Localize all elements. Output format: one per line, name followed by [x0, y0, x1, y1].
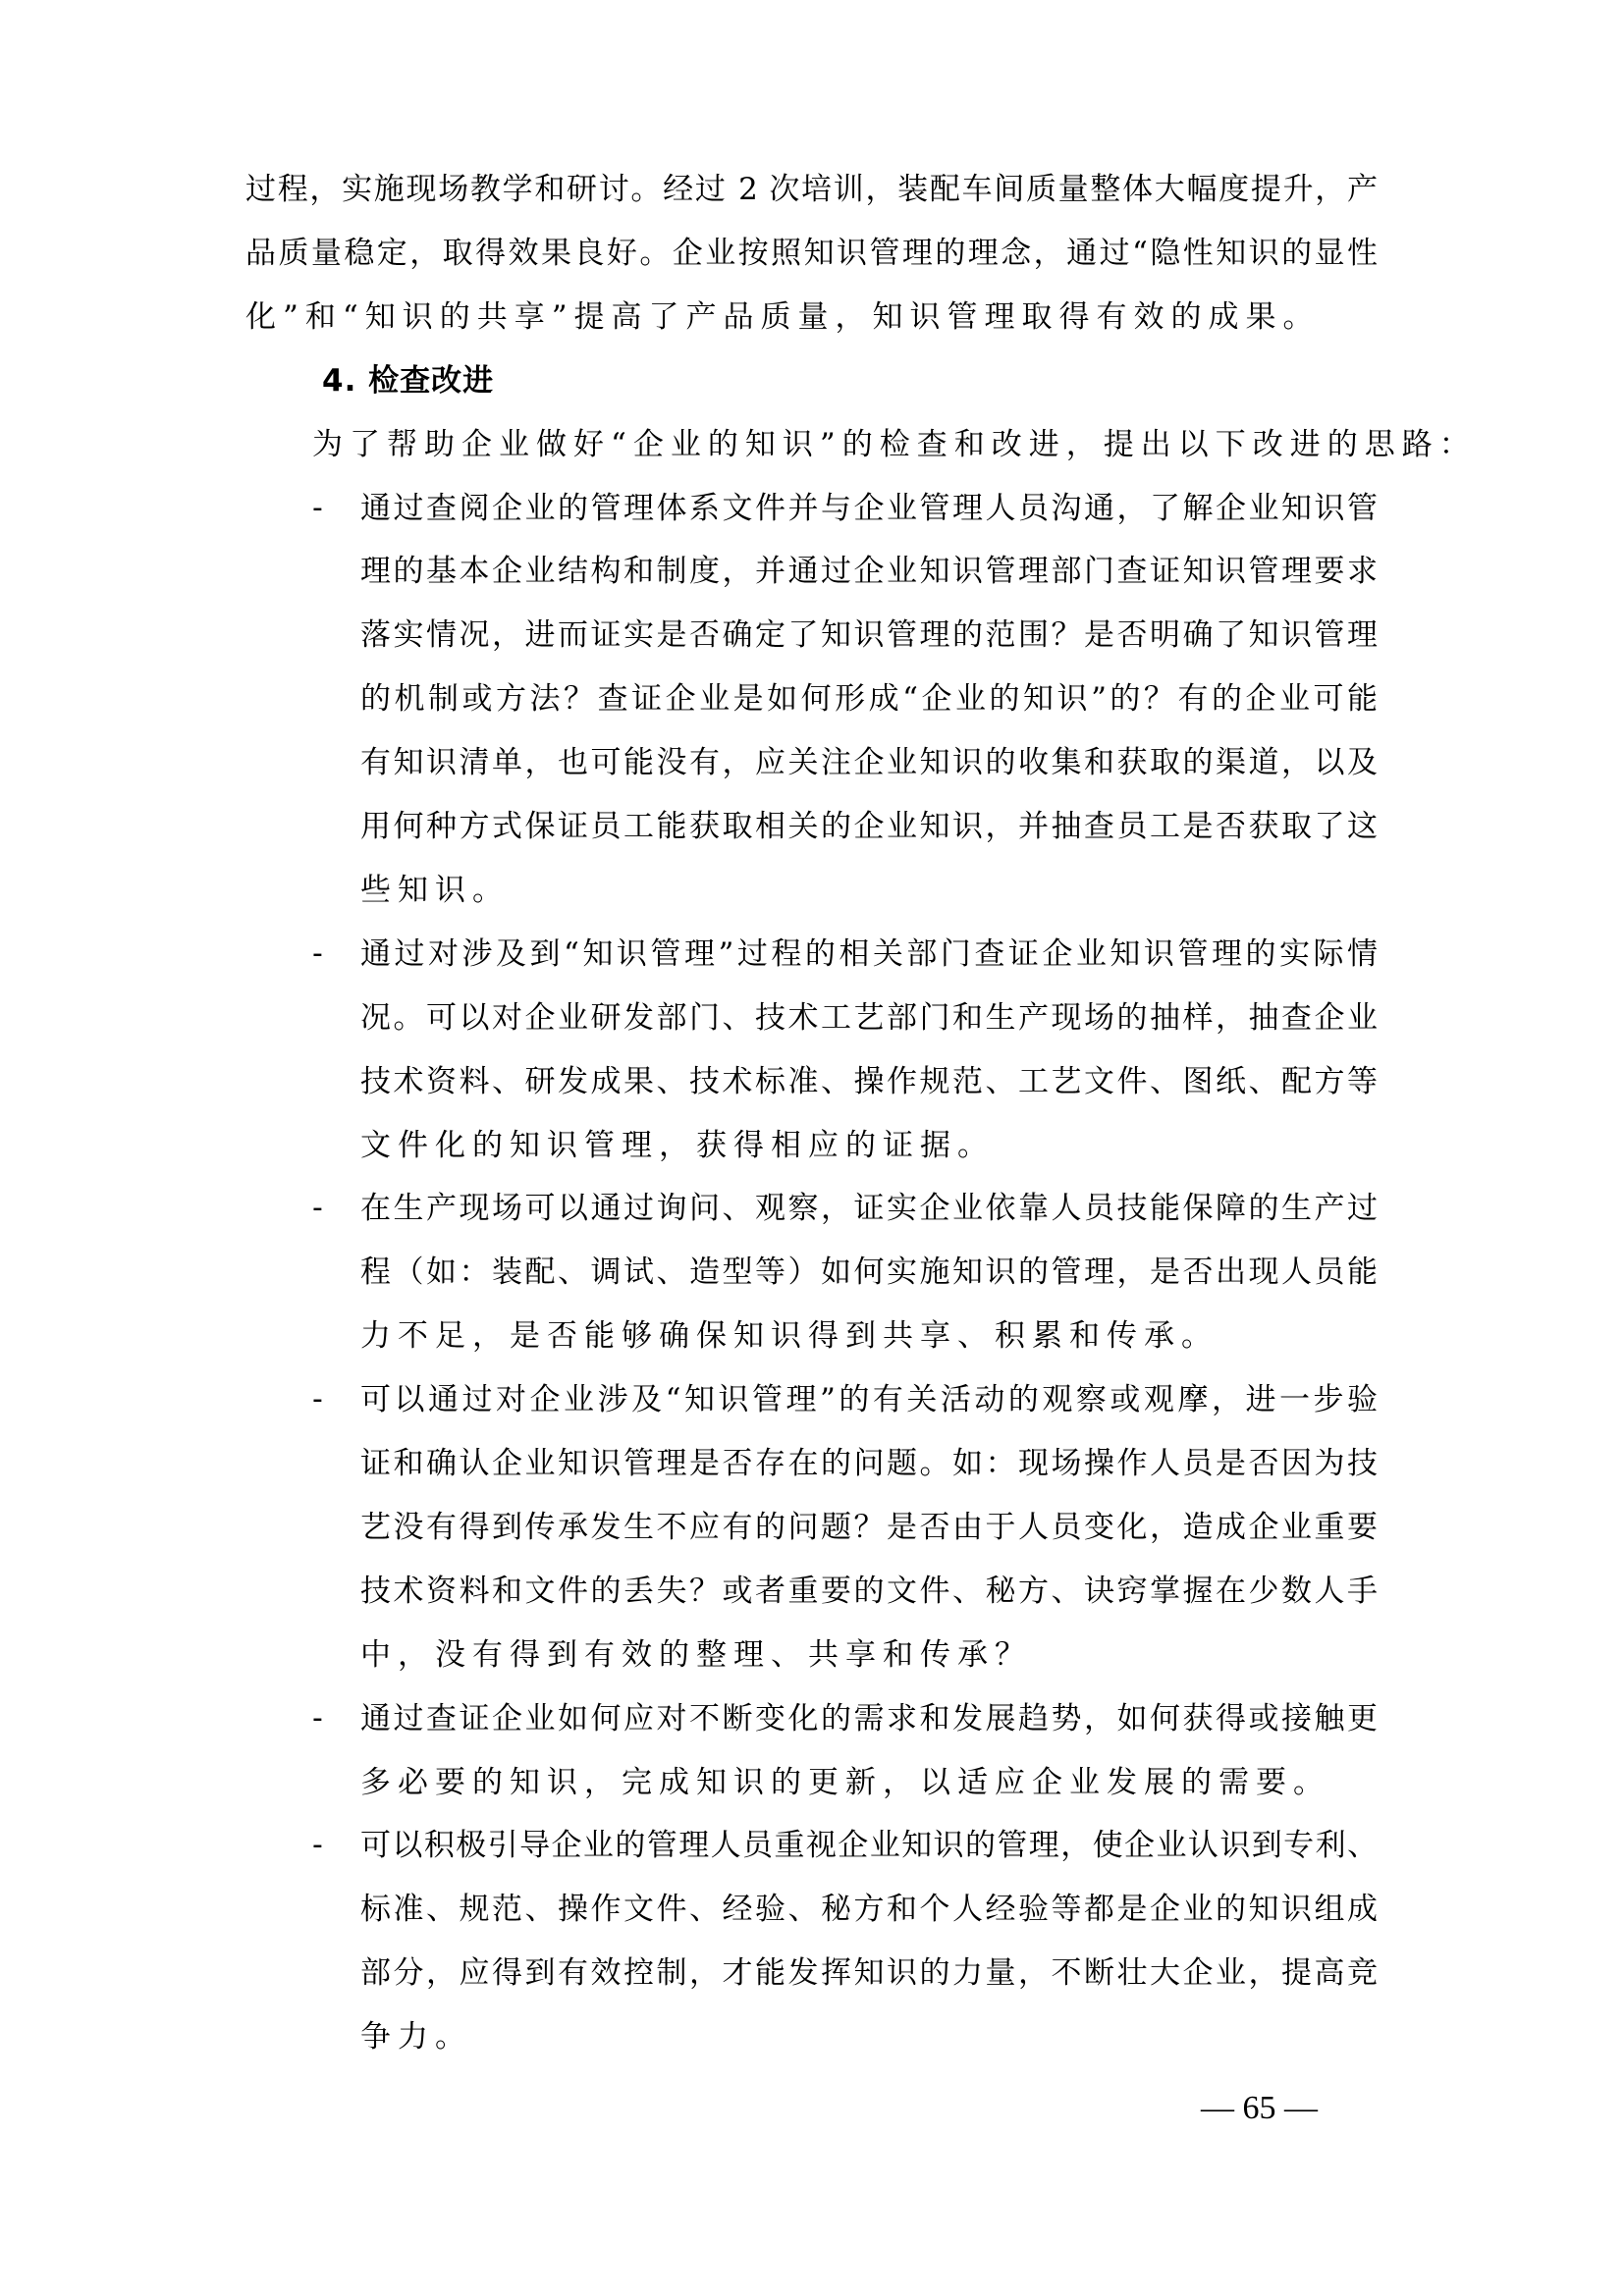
section-heading: 4. 检查改进 [322, 349, 494, 413]
bullet-line: 可以通过对企业涉及“知识管理”的有关活动的观察或观摩，进一步验 [360, 1368, 1378, 1432]
document-page: 过程，实施现场教学和研讨。经过 2 次培训，装配车间质量整体大幅度提升，产 品质… [0, 0, 1624, 2296]
bullet-line: 程（如：装配、调试、造型等）如何实施知识的管理，是否出现人员能 [360, 1241, 1378, 1305]
bullet-marker: - [312, 1814, 323, 1878]
bullet-line: 通过查阅企业的管理体系文件并与企业管理人员沟通，了解企业知识管 [360, 477, 1378, 541]
bullet-line: 况。可以对企业研发部门、技术工艺部门和生产现场的抽样，抽查企业 [360, 987, 1378, 1050]
bullet-line: 技术资料、研发成果、技术标准、操作规范、工艺文件、图纸、配方等 [360, 1050, 1378, 1114]
page-number: — 65 — [1178, 2083, 1340, 2134]
bullet-line: 力不足，是否能够确保知识得到共享、积累和传承。 [360, 1305, 1378, 1368]
bullet-line: 争力。 [360, 2005, 1378, 2069]
bullet-line: 中，没有得到有效的整理、共享和传承？ [360, 1624, 1378, 1687]
paragraph-line: 过程，实施现场教学和研讨。经过 2 次培训，装配车间质量整体大幅度提升，产 [245, 158, 1378, 222]
bullet-line: 多必要的知识，完成知识的更新，以适应企业发展的需要。 [360, 1751, 1378, 1815]
bullet-line: 通过对涉及到“知识管理”过程的相关部门查证企业知识管理的实际情 [360, 923, 1378, 987]
bullet-line: 落实情况，进而证实是否确定了知识管理的范围？是否明确了知识管理 [360, 604, 1378, 667]
bullet-line: 技术资料和文件的丢失？或者重要的文件、秘方、诀窍掌握在少数人手 [360, 1560, 1378, 1624]
bullet-line: 些知识。 [360, 859, 1378, 923]
bullet-line: 通过查证企业如何应对不断变化的需求和发展趋势，如何获得或接触更 [360, 1687, 1378, 1751]
bullet-line: 可以积极引导企业的管理人员重视企业知识的管理，使企业认识到专利、 [360, 1814, 1378, 1878]
bullet-line: 理的基本企业结构和制度，并通过企业知识管理部门查证知识管理要求 [360, 540, 1378, 604]
bullet-line: 的机制或方法？查证企业是如何形成“企业的知识”的？有的企业可能 [360, 667, 1378, 731]
bullet-line: 在生产现场可以通过询问、观察，证实企业依靠人员技能保障的生产过 [360, 1177, 1378, 1241]
paragraph-line: 化”和“知识的共享”提高了产品质量，知识管理取得有效的成果。 [245, 286, 1378, 349]
bullet-line: 标准、规范、操作文件、经验、秘方和个人经验等都是企业的知识组成 [360, 1878, 1378, 1942]
section-intro: 为了帮助企业做好“企业的知识”的检查和改进，提出以下改进的思路： [312, 413, 1378, 477]
bullet-line: 艺没有得到传承发生不应有的问题？是否由于人员变化，造成企业重要 [360, 1496, 1378, 1560]
bullet-marker: - [312, 477, 323, 541]
bullet-line: 部分，应得到有效控制，才能发挥知识的力量，不断壮大企业，提高竞 [360, 1942, 1378, 2005]
bullet-line: 证和确认企业知识管理是否存在的问题。如：现场操作人员是否因为技 [360, 1432, 1378, 1496]
bullet-line: 有知识清单，也可能没有，应关注企业知识的收集和获取的渠道，以及 [360, 731, 1378, 795]
bullet-marker: - [312, 1687, 323, 1751]
bullet-marker: - [312, 1177, 323, 1241]
bullet-marker: - [312, 1368, 323, 1432]
bullet-line: 用何种方式保证员工能获取相关的企业知识，并抽查员工是否获取了这 [360, 795, 1378, 859]
paragraph-line: 品质量稳定，取得效果良好。企业按照知识管理的理念，通过“隐性知识的显性 [245, 222, 1378, 286]
bullet-marker: - [312, 923, 323, 987]
bullet-line: 文件化的知识管理，获得相应的证据。 [360, 1114, 1378, 1178]
